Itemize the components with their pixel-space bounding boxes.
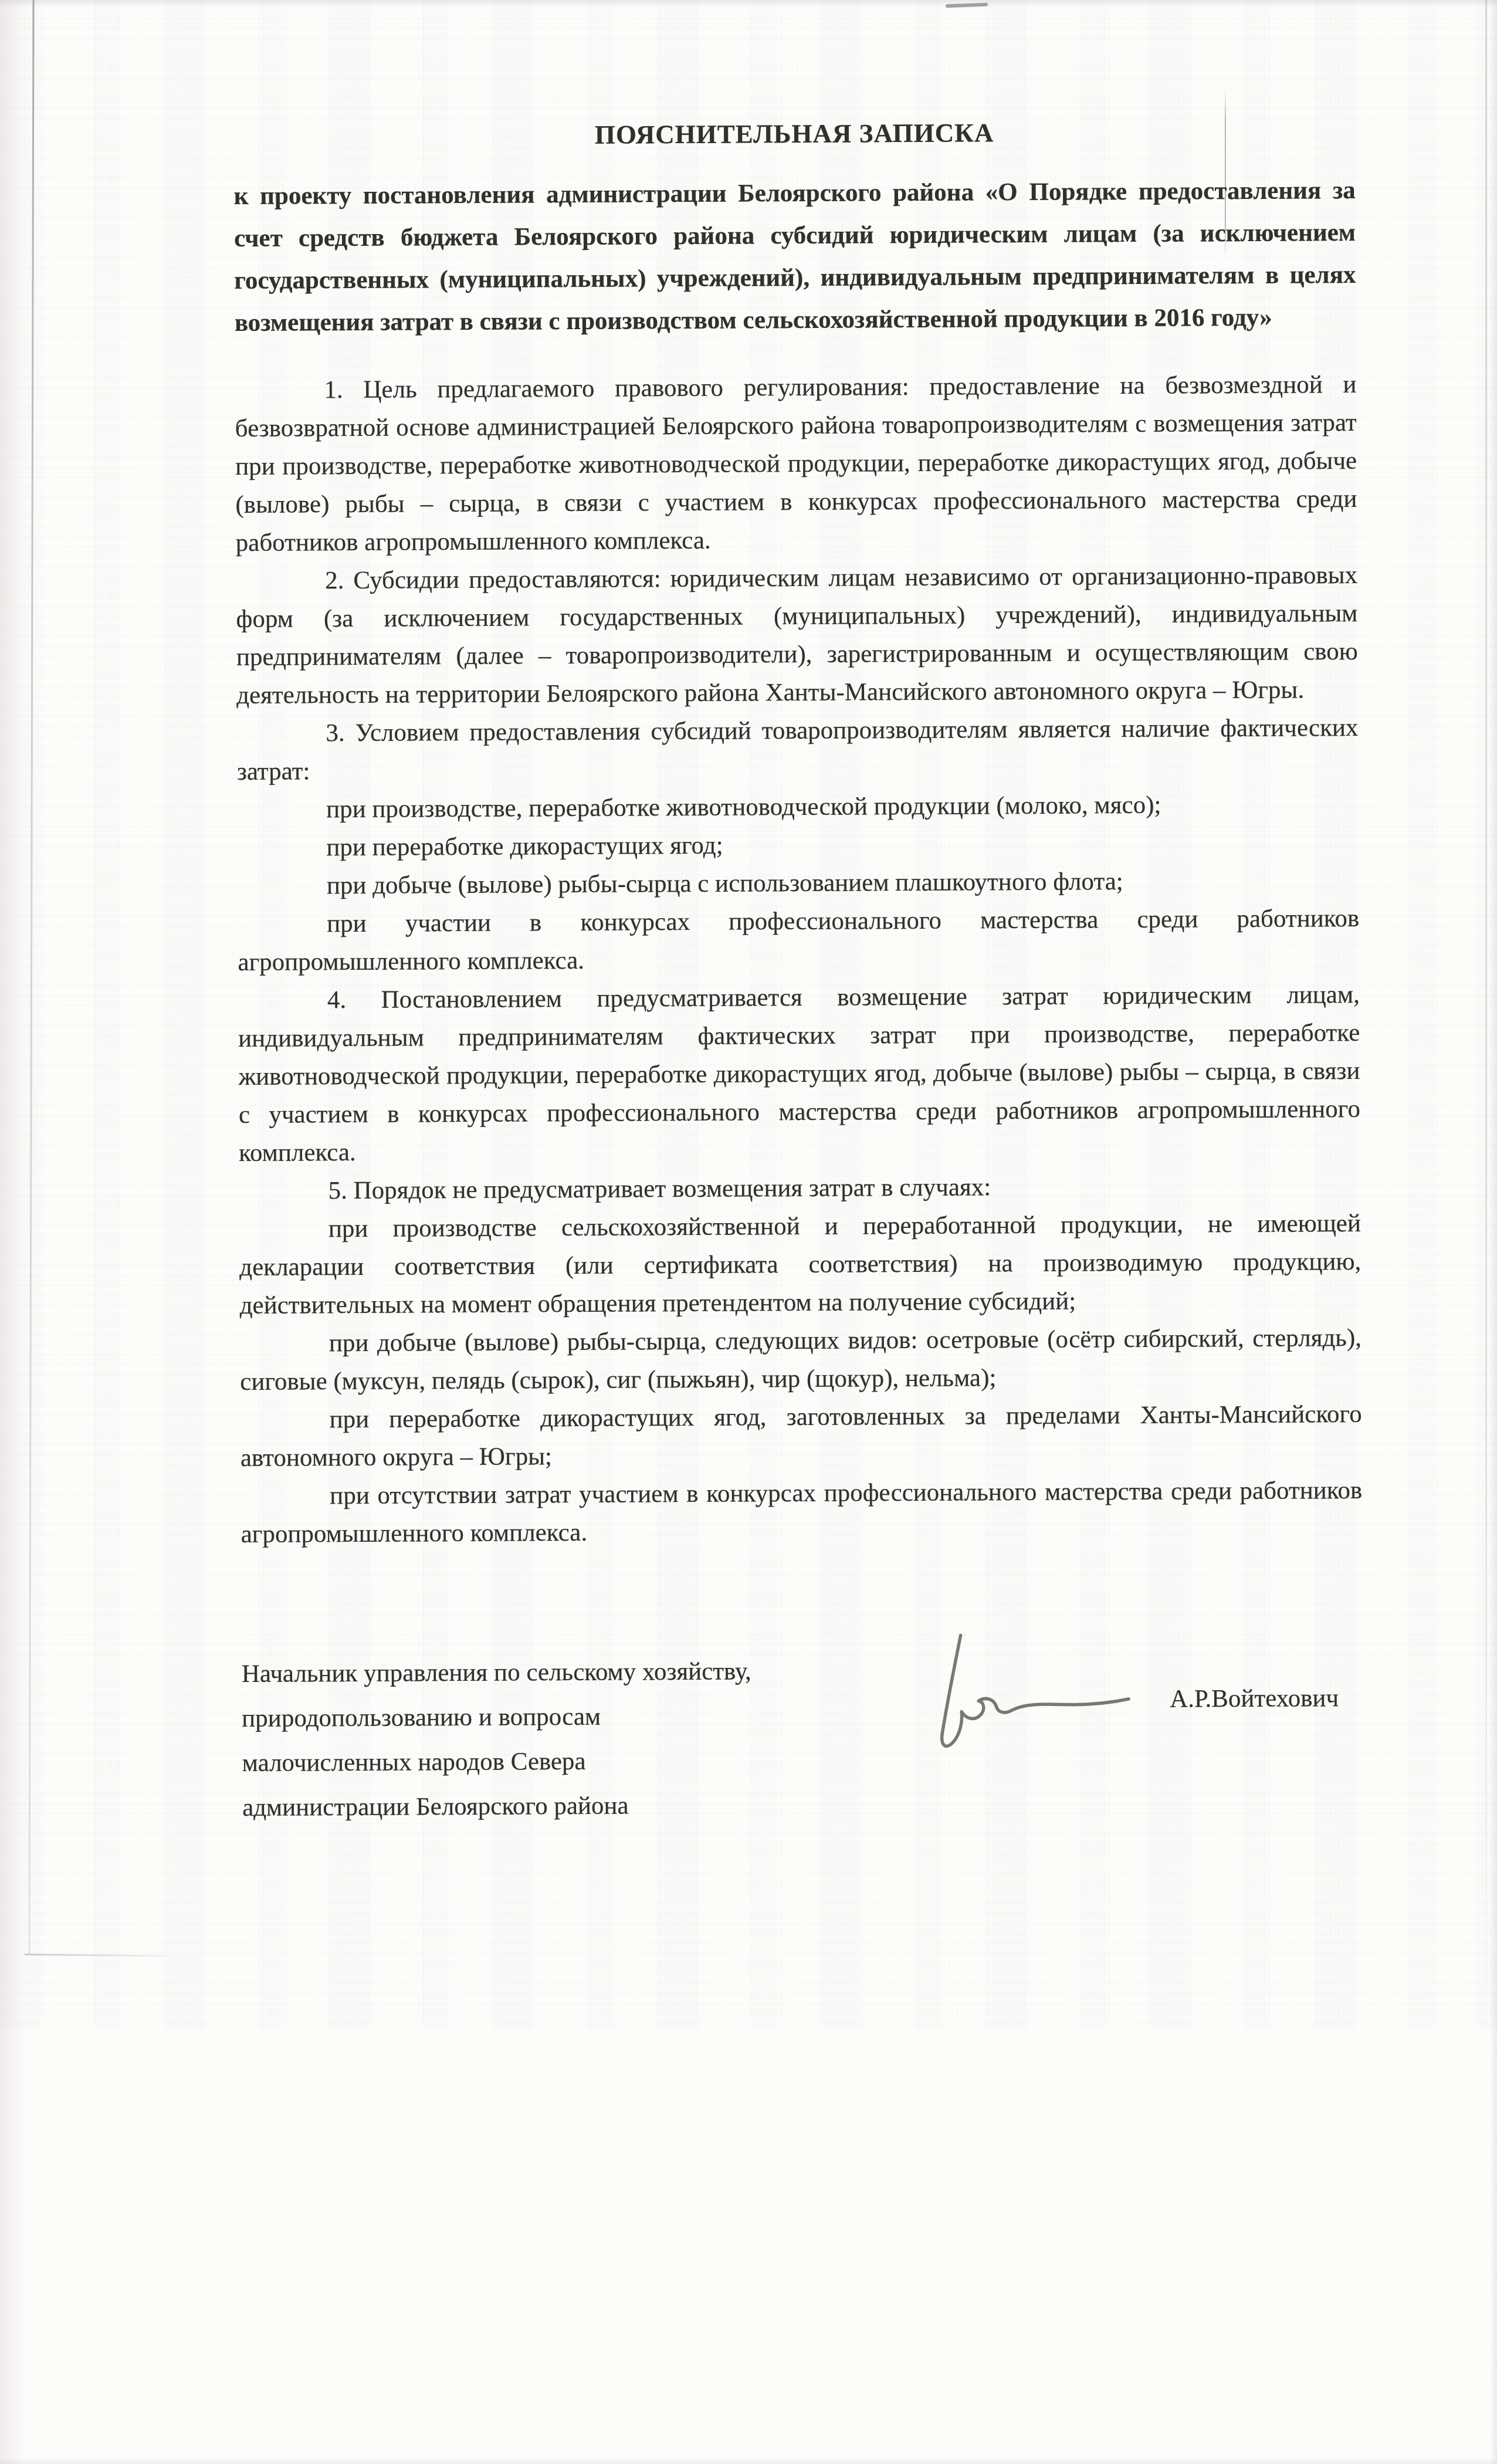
para-purpose: 1. Цель предлагаемого правового регулиро… (235, 365, 1357, 562)
scan-edge-right-line (1485, 0, 1487, 2053)
para-conditions-intro: 3. Условием предоставления субсидий това… (236, 709, 1359, 791)
handwritten-signature (905, 1627, 1140, 1764)
signatory-position: Начальник управления по сельскому хозяйс… (242, 1646, 1364, 1830)
condition-fish: при добыче (вылове) рыбы-сырца с использ… (238, 861, 1359, 905)
para-resolution: 4. Постановлением предусматривается возм… (238, 976, 1361, 1172)
exclusion-no-certificate: при производстве сельскохозяйственной и … (239, 1204, 1361, 1325)
signature-block: Начальник управления по сельскому хозяйс… (242, 1646, 1364, 1852)
condition-berries: при переработке дикорастущих ягод; (237, 823, 1359, 867)
document-title: ПОЯСНИТЕЛЬНАЯ ЗАПИСКА (233, 113, 1355, 154)
document-subject: к проекту постановления администрации Бе… (234, 170, 1356, 344)
para-exclusions-intro: 5. Порядок не предусматривает возмещения… (239, 1166, 1360, 1210)
document-content: ПОЯСНИТЕЛЬНАЯ ЗАПИСКА к проекту постанов… (233, 113, 1364, 1852)
scan-edge-bottom-band (0, 2458, 1497, 2464)
exclusion-berries-outside: при переработке дикорастущих ягод, загот… (240, 1395, 1362, 1477)
exclusion-no-costs: при отсутствии затрат участием в конкурс… (241, 1471, 1363, 1553)
scan-edge-right-band (1490, 0, 1497, 2464)
signatory-name: А.Р.Войтехович (1170, 1684, 1339, 1714)
scan-edge-left-band (0, 0, 26, 2464)
condition-livestock: при производстве, переработке животновод… (237, 785, 1359, 829)
signatory-position-line: администрации Белоярского района (242, 1780, 1364, 1830)
exclusion-fish-species: при добыче (вылове) рыбы-сырца, следующи… (240, 1319, 1362, 1401)
para-subsidies: 2. Субсидии предоставляются: юридическим… (236, 556, 1358, 715)
scanned-page: ПОЯСНИТЕЛЬНАЯ ЗАПИСКА к проекту постанов… (0, 0, 1497, 2464)
signatory-position-line: малочисленных народов Севера (242, 1735, 1363, 1786)
scan-edge-top-band (0, 0, 1497, 7)
condition-contests: при участии в конкурсах профессиональног… (238, 899, 1360, 981)
